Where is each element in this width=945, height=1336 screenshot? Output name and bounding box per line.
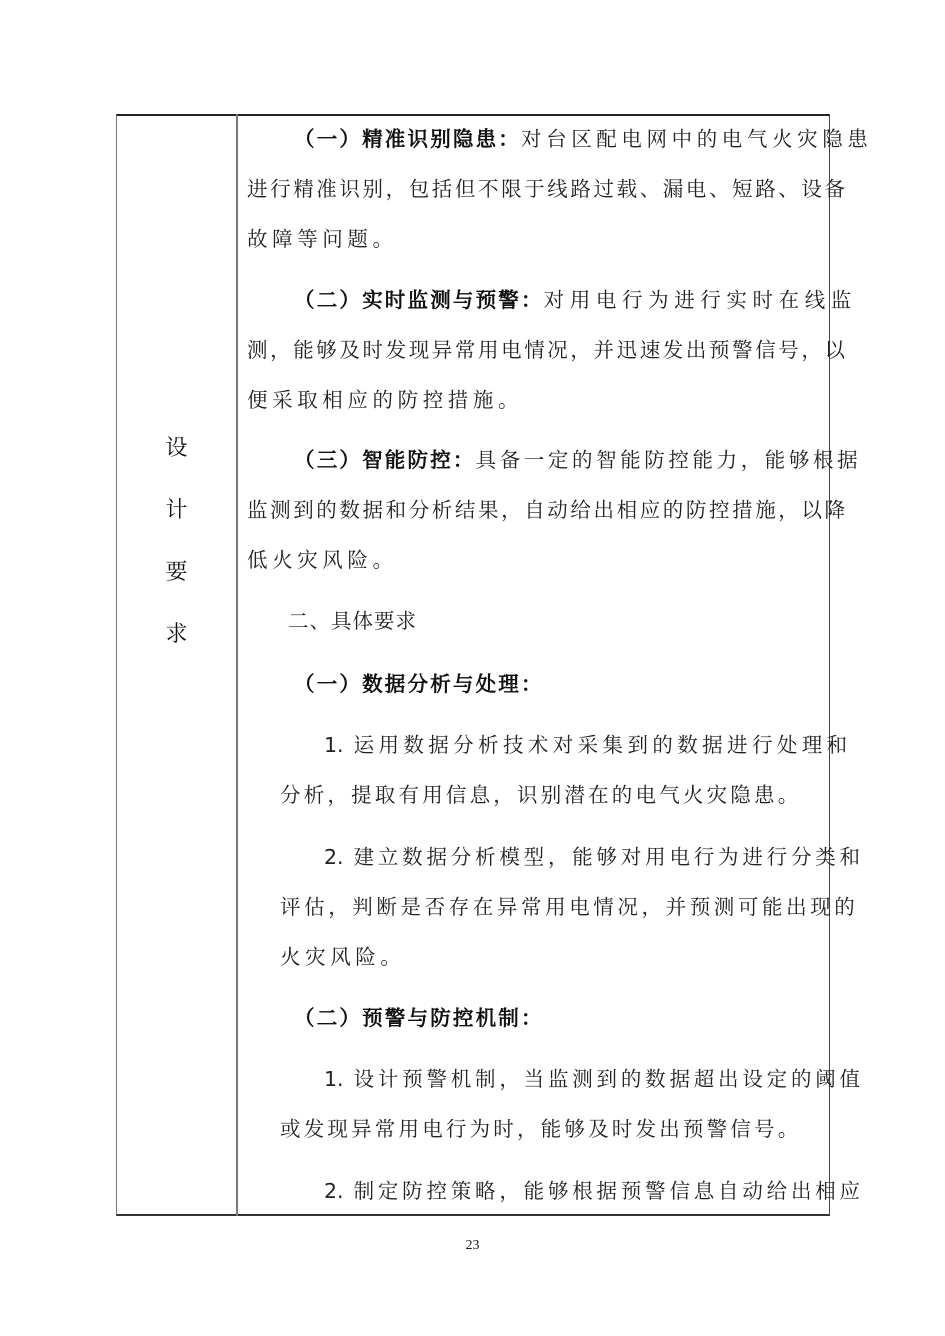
- section-3-heading: （三）智能防控：: [294, 448, 476, 472]
- row-label-cell: 设 计 要 求: [116, 114, 237, 1216]
- row-label-char: 要: [116, 558, 237, 588]
- subsection-1-item-2-line: 评估，判断是否存在异常用电情况，并预测可能出现的: [280, 892, 858, 922]
- section-3-first-line: （三）智能防控：具备一定的智能防控能力，能够根据: [294, 445, 861, 475]
- row-label-char: 设: [116, 434, 237, 464]
- page-number: 23: [0, 1238, 945, 1254]
- subsection-1-item-2-first-line: 2.建立数据分析模型，能够对用电行为进行分类和: [324, 842, 864, 872]
- subsection-2-item-1-first-line: 1.设计预警机制，当监测到的数据超出设定的阈值: [324, 1064, 864, 1094]
- item-text: 建立数据分析模型，能够对用电行为进行分类和: [354, 845, 864, 869]
- section-1-line: 故障等问题。: [247, 224, 398, 254]
- section-2-heading: （二）实时监测与预警：: [294, 288, 544, 312]
- item-number: 2.: [324, 845, 344, 869]
- row-label-char: 计: [116, 496, 237, 526]
- section-1-line: 进行精准识别，包括但不限于线路过载、漏电、短路、设备: [247, 174, 848, 204]
- section-1-text: 对台区配电网中的电气火灾隐患: [521, 127, 872, 151]
- subsection-1-item-1-first-line: 1.运用数据分析技术对采集到的数据进行处理和: [324, 730, 852, 760]
- item-number: 1.: [324, 1067, 344, 1091]
- subsection-2-heading: （二）预警与防控机制：: [294, 1003, 544, 1033]
- subsection-2-item-1-line: 或发现异常用电行为时，能够及时发出预警信号。: [280, 1114, 801, 1144]
- subsection-2-item-2-first-line: 2.制定防控策略，能够根据预警信息自动给出相应: [324, 1176, 864, 1206]
- item-text: 制定防控策略，能够根据预警信息自动给出相应: [354, 1179, 864, 1203]
- section-2-text: 对用电行为进行实时在线监: [544, 288, 857, 312]
- subsection-1-item-1-line: 分析，提取有用信息，识别潜在的电气火灾隐患。: [280, 780, 801, 810]
- subsection-1-heading: （一）数据分析与处理：: [294, 669, 544, 699]
- section-1-heading: （一）精准识别隐患：: [294, 127, 521, 151]
- item-text: 设计预警机制，当监测到的数据超出设定的阈值: [354, 1067, 864, 1091]
- part-2-title: 二、具体要求: [288, 606, 417, 636]
- section-3-line: 低火灾风险。: [247, 545, 398, 575]
- section-1-first-line: （一）精准识别隐患：对台区配电网中的电气火灾隐患: [294, 124, 872, 154]
- item-number: 1.: [324, 733, 344, 757]
- section-2-line: 便采取相应的防控措施。: [247, 385, 523, 415]
- row-label-char: 求: [116, 620, 237, 650]
- item-number: 2.: [324, 1179, 344, 1203]
- section-2-line: 测，能够及时发现异常用电情况，并迅速发出预警信号，以: [247, 335, 848, 365]
- section-3-line: 监测到的数据和分析结果，自动给出相应的防控措施，以降: [247, 495, 848, 525]
- item-text: 运用数据分析技术对采集到的数据进行处理和: [354, 733, 852, 757]
- section-2-first-line: （二）实时监测与预警：对用电行为进行实时在线监: [294, 285, 857, 315]
- section-3-text: 具备一定的智能防控能力，能够根据: [476, 448, 862, 472]
- subsection-1-item-2-line: 火灾风险。: [280, 942, 406, 972]
